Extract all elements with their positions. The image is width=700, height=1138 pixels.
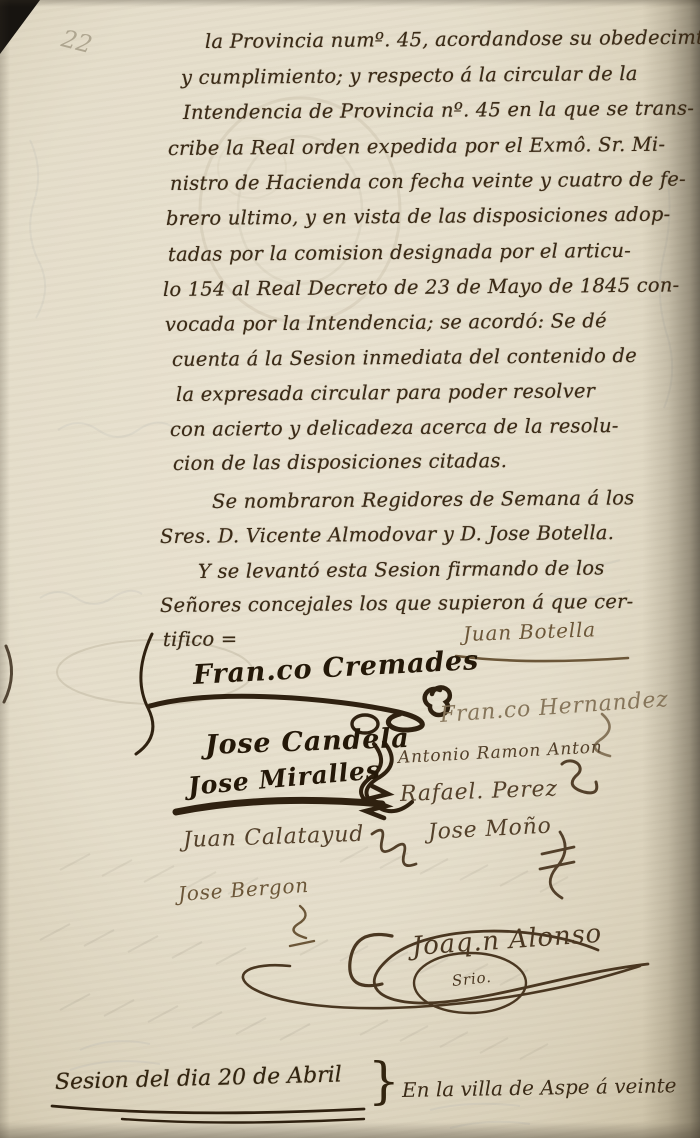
mono-rubric xyxy=(540,832,574,898)
folio-number: 22 xyxy=(59,24,95,59)
calatayud-rubric xyxy=(372,830,416,865)
botella-underline xyxy=(456,656,628,661)
manuscript-line: lo 154 al Real Decreto de 23 de Mayo de … xyxy=(163,273,680,301)
manuscript-line: Intendencia de Provincia nº. 45 en la qu… xyxy=(183,97,694,124)
brace-glyph: } xyxy=(368,1052,400,1110)
manuscript-page: 22 la Provincia numº. 45, acordandose su… xyxy=(0,0,700,1138)
manuscript-line: tifico = xyxy=(163,627,238,651)
page-edge-top xyxy=(0,0,700,7)
margin-flourish xyxy=(136,634,153,754)
page-edge-bottom xyxy=(0,1122,700,1138)
manuscript-line: cribe la Real orden expedida por el Exmô… xyxy=(168,133,665,160)
secretary-abbreviation: Srio. xyxy=(451,968,492,990)
signature-juan-botella: Juan Botella xyxy=(463,617,597,646)
signature-jose-mono: Jose Moño xyxy=(427,814,552,845)
signature-rafael-perez: Rafael. Perez xyxy=(400,776,559,806)
miralles-underline xyxy=(176,800,382,812)
miralles-zigzag xyxy=(366,786,388,818)
manuscript-line: brero ultimo, y en vista de las disposic… xyxy=(166,203,671,230)
manuscript-line: la Provincia numº. 45, acordandose su ob… xyxy=(205,26,700,53)
manuscript-line: nistro de Hacienda con fecha veinte y cu… xyxy=(170,167,686,195)
manuscript-line: vocada por la Intendencia; se acordó: Se… xyxy=(165,309,607,336)
session-body-start: En la villa de Aspe á veinte xyxy=(402,1073,677,1102)
manuscript-line: y cumplimiento; y respecto á la circular… xyxy=(181,62,638,89)
manuscript-line: Sres. D. Vicente Almodovar y D. Jose Bot… xyxy=(160,521,614,548)
manuscript-line: tadas por la comision designada por el a… xyxy=(168,239,631,266)
page-edge-left xyxy=(0,0,10,1138)
signature-antonio-ramon-anton: Antonio Ramon Anton xyxy=(397,737,603,768)
manuscript-line: Señores concejales los que supieron á qu… xyxy=(160,590,634,617)
footer-underline-1 xyxy=(52,1106,364,1113)
anton-rubric xyxy=(562,761,597,793)
signature-francisco-hernandez: Fran.co Hernandez xyxy=(439,687,669,728)
manuscript-line: Y se levantó esta Sesion firmando de los xyxy=(198,556,605,583)
signature-jose-bergon: Jose Bergon xyxy=(177,873,309,906)
manuscript-line: cion de las disposiciones citadas. xyxy=(173,449,507,475)
signature-juan-calatayud: Juan Calatayud xyxy=(183,822,365,853)
manuscript-line: con acierto y delicadeza acerca de la re… xyxy=(170,414,619,441)
manuscript-line: la expresada circular para poder resolve… xyxy=(176,379,595,406)
signature-jose-miralles: Jose Miralles xyxy=(187,755,382,801)
manuscript-line: Se nombraron Regidores de Semana á los xyxy=(212,486,635,513)
signature-joaquin-alonso: Joaq.n Alonso xyxy=(411,919,603,962)
bergon-rubric xyxy=(290,906,314,946)
signature-francisco-cremades: Fran.co Cremades xyxy=(192,645,480,691)
session-heading: Sesion del dia 20 de Abril xyxy=(55,1062,342,1094)
manuscript-line: cuenta á la Sesion inmediata del conteni… xyxy=(172,344,637,371)
